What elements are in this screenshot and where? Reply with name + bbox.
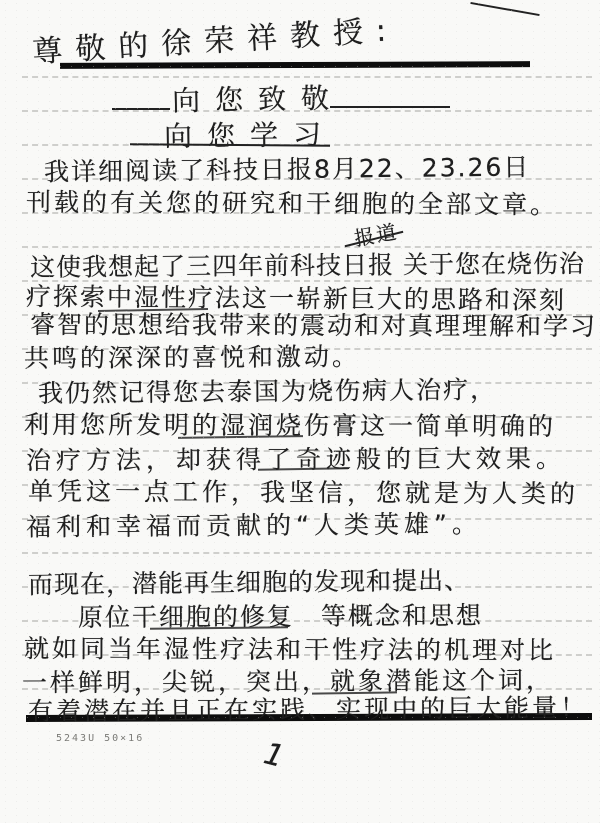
scan-artifact-stroke (470, 2, 539, 16)
letter-line: 单凭这一点工作，我坚信，您就是为人类的 (28, 472, 579, 511)
underline (330, 106, 450, 108)
letter-line: 而现在，潜能再生细胞的发现和提出、 (28, 561, 470, 602)
underline (112, 108, 170, 110)
letter-page: 尊敬的徐荣祥教授: 向您致敬 向您学习 我详细阅读了科技日报8月22、23.26… (0, 0, 600, 823)
letter-line: 福利和幸福而贡献的“人类英雄”。 (26, 504, 482, 543)
page-number: 1 (256, 737, 290, 774)
letter-line: 共鸣的深深的喜悦和激动。 (24, 337, 360, 375)
dedication-line: 向您学习 (164, 113, 336, 155)
letter-line: 刊载的有关您的研究和干细胞的全部文章。 (26, 183, 558, 222)
letter-line: 有着潜在并且正在实践、实现中的巨大能量！ (28, 688, 588, 728)
letter-line: 我仍然记得您去泰国为烧伤病人治疗， (38, 370, 497, 410)
stationery-mark: 5243U 50×16 (56, 733, 144, 744)
ruled-line (22, 552, 592, 554)
